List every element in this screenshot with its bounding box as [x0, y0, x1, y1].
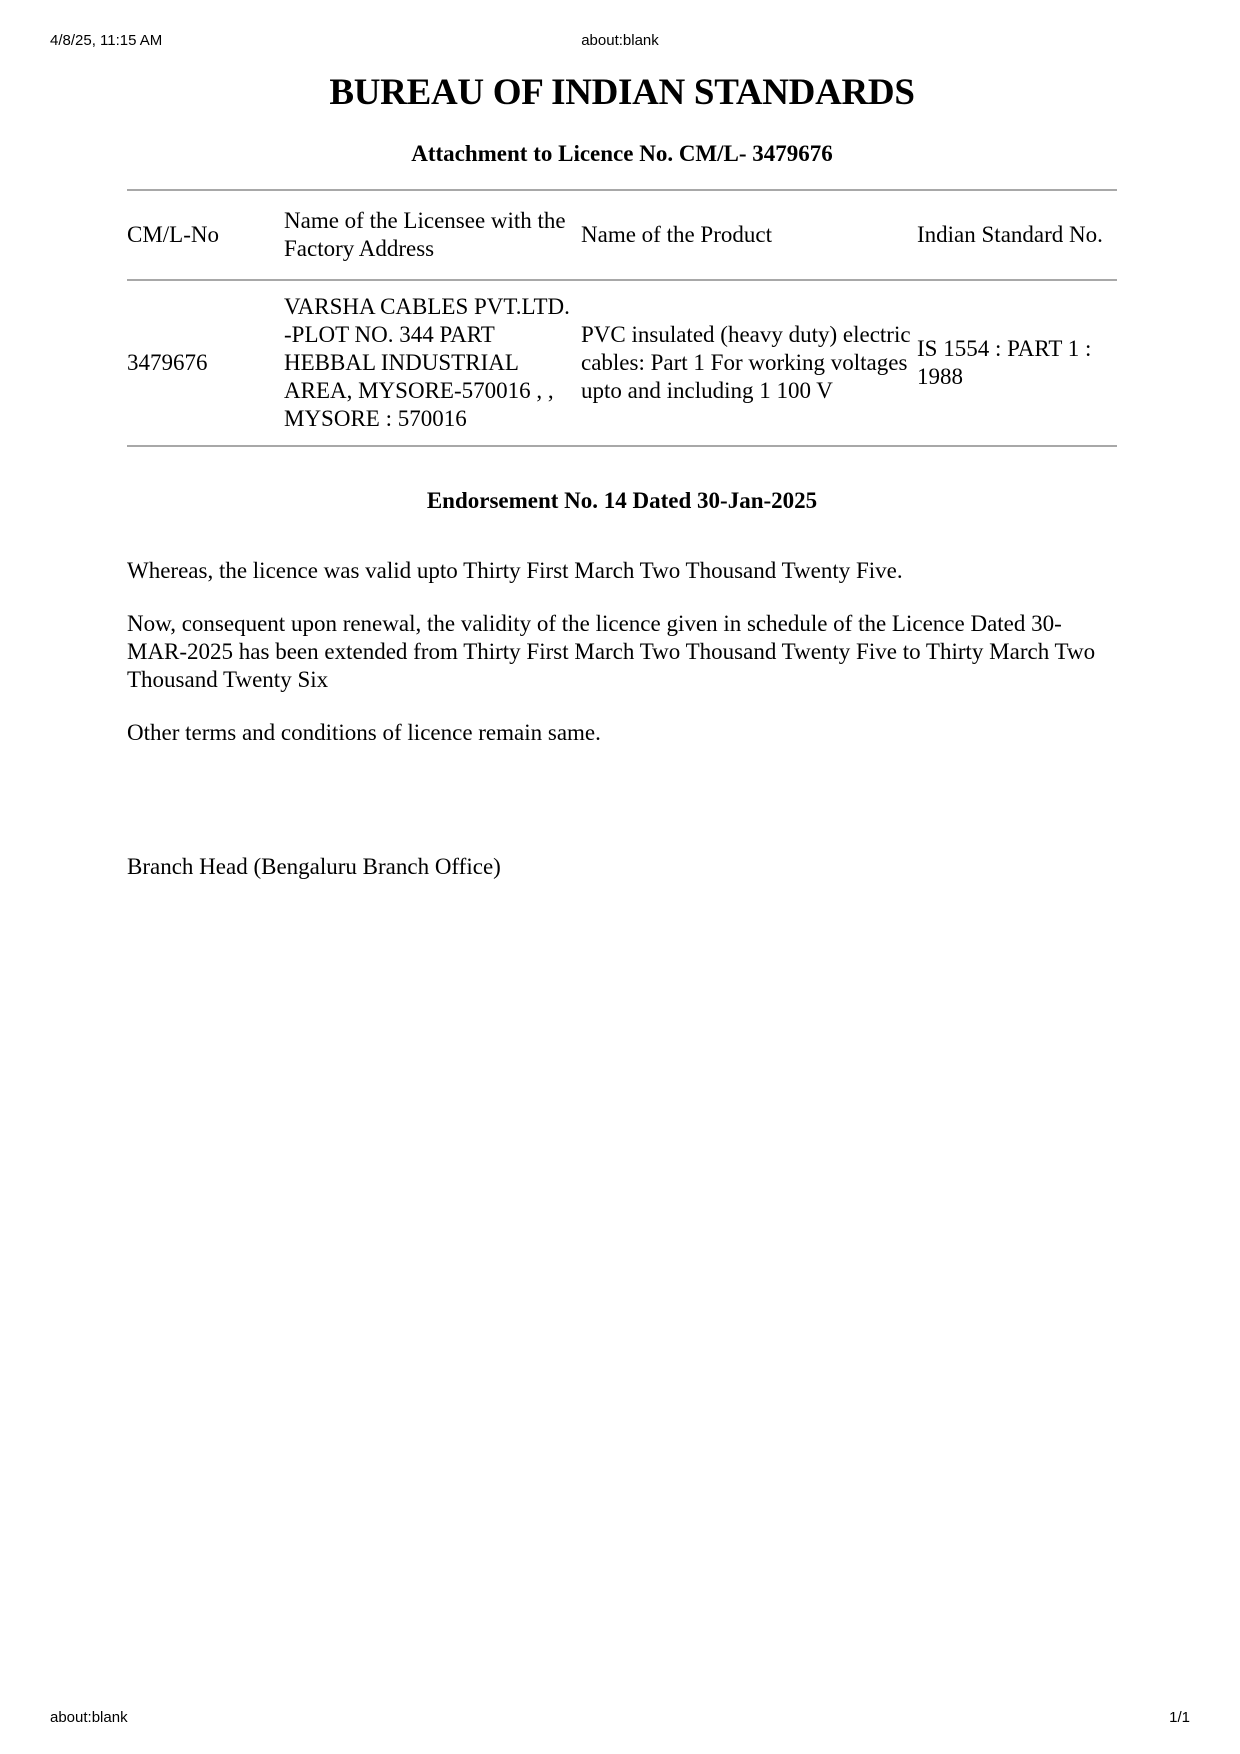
table-row: 3479676 VARSHA CABLES PVT.LTD. -PLOT NO.…	[127, 280, 1117, 446]
footer-page-number: 1/1	[1169, 1709, 1190, 1726]
cell-product: PVC insulated (heavy duty) electric cabl…	[581, 280, 917, 446]
cell-standard: IS 1554 : PART 1 : 1988	[917, 280, 1117, 446]
licence-table: CM/L-No Name of the Licensee with the Fa…	[127, 189, 1117, 447]
header-cml-no: CM/L-No	[127, 190, 284, 280]
paragraph-renewal: Now, consequent upon renewal, the validi…	[127, 610, 1117, 694]
endorsement-heading: Endorsement No. 14 Dated 30-Jan-2025	[127, 487, 1117, 515]
paragraph-validity: Whereas, the licence was valid upto Thir…	[127, 557, 1117, 585]
table-header-row: CM/L-No Name of the Licensee with the Fa…	[127, 190, 1117, 280]
header-product: Name of the Product	[581, 190, 917, 280]
print-url: about:blank	[0, 32, 1240, 49]
header-standard: Indian Standard No.	[917, 190, 1117, 280]
footer-url: about:blank	[50, 1709, 128, 1726]
document-subtitle: Attachment to Licence No. CM/L- 3479676	[127, 140, 1117, 168]
paragraph-terms: Other terms and conditions of licence re…	[127, 719, 1117, 747]
header-licensee: Name of the Licensee with the Factory Ad…	[284, 190, 581, 280]
document-title: BUREAU OF INDIAN STANDARDS	[127, 66, 1117, 120]
document-body: BUREAU OF INDIAN STANDARDS Attachment to…	[127, 66, 1117, 881]
signatory: Branch Head (Bengaluru Branch Office)	[127, 853, 1117, 881]
cell-cml-no: 3479676	[127, 280, 284, 446]
cell-licensee: VARSHA CABLES PVT.LTD. -PLOT NO. 344 PAR…	[284, 280, 581, 446]
